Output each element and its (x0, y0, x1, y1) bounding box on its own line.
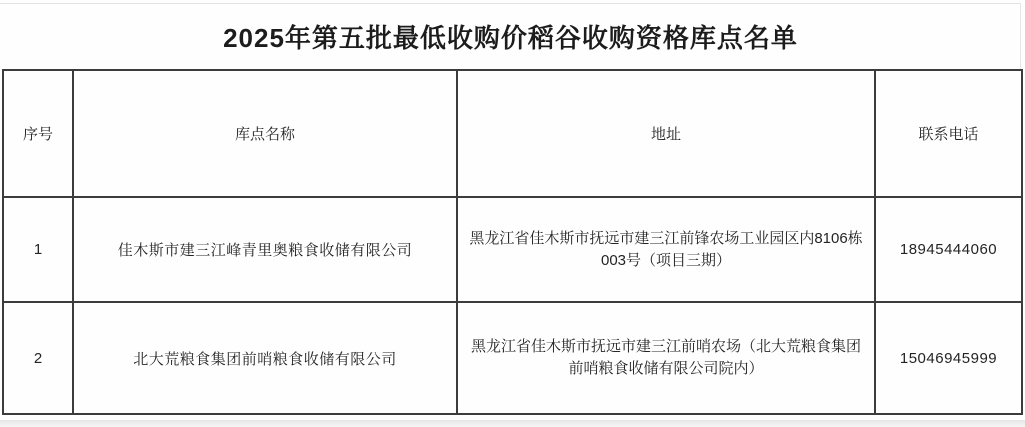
header-cell-address: 地址 (457, 70, 875, 197)
page-title: 2025年第五批最低收购价稻谷收购资格库点名单 (0, 4, 1021, 68)
row-index: 1 (3, 197, 73, 302)
header-cell-phone: 联系电话 (875, 70, 1022, 197)
table-header-row: 序号 库点名称 地址 联系电话 (3, 70, 1022, 197)
contact-phone: 15046945999 (875, 302, 1022, 414)
storage-point-name: 北大荒粮食集团前哨粮食收储有限公司 (73, 302, 457, 414)
header-cell-name: 库点名称 (73, 70, 457, 197)
cropped-next-row-edge (0, 420, 1025, 427)
document-page: 2025年第五批最低收购价稻谷收购资格库点名单 序号 库点名称 地址 联系电话 … (0, 0, 1025, 427)
storage-points-table: 序号 库点名称 地址 联系电话 1 佳木斯市建三江峰青里奥粮食收储有限公司 黑龙… (2, 69, 1023, 415)
header-cell-index: 序号 (3, 70, 73, 197)
storage-point-address: 黑龙江省佳木斯市抚远市建三江前锋农场工业园区内8106栋003号（项目三期） (457, 197, 875, 302)
table-row: 1 佳木斯市建三江峰青里奥粮食收储有限公司 黑龙江省佳木斯市抚远市建三江前锋农场… (3, 197, 1022, 302)
table-row: 2 北大荒粮食集团前哨粮食收储有限公司 黑龙江省佳木斯市抚远市建三江前哨农场（北… (3, 302, 1022, 414)
storage-point-address: 黑龙江省佳木斯市抚远市建三江前哨农场（北大荒粮食集团前哨粮食收储有限公司院内） (457, 302, 875, 414)
storage-point-name: 佳木斯市建三江峰青里奥粮食收储有限公司 (73, 197, 457, 302)
contact-phone: 18945444060 (875, 197, 1022, 302)
row-index: 2 (3, 302, 73, 414)
